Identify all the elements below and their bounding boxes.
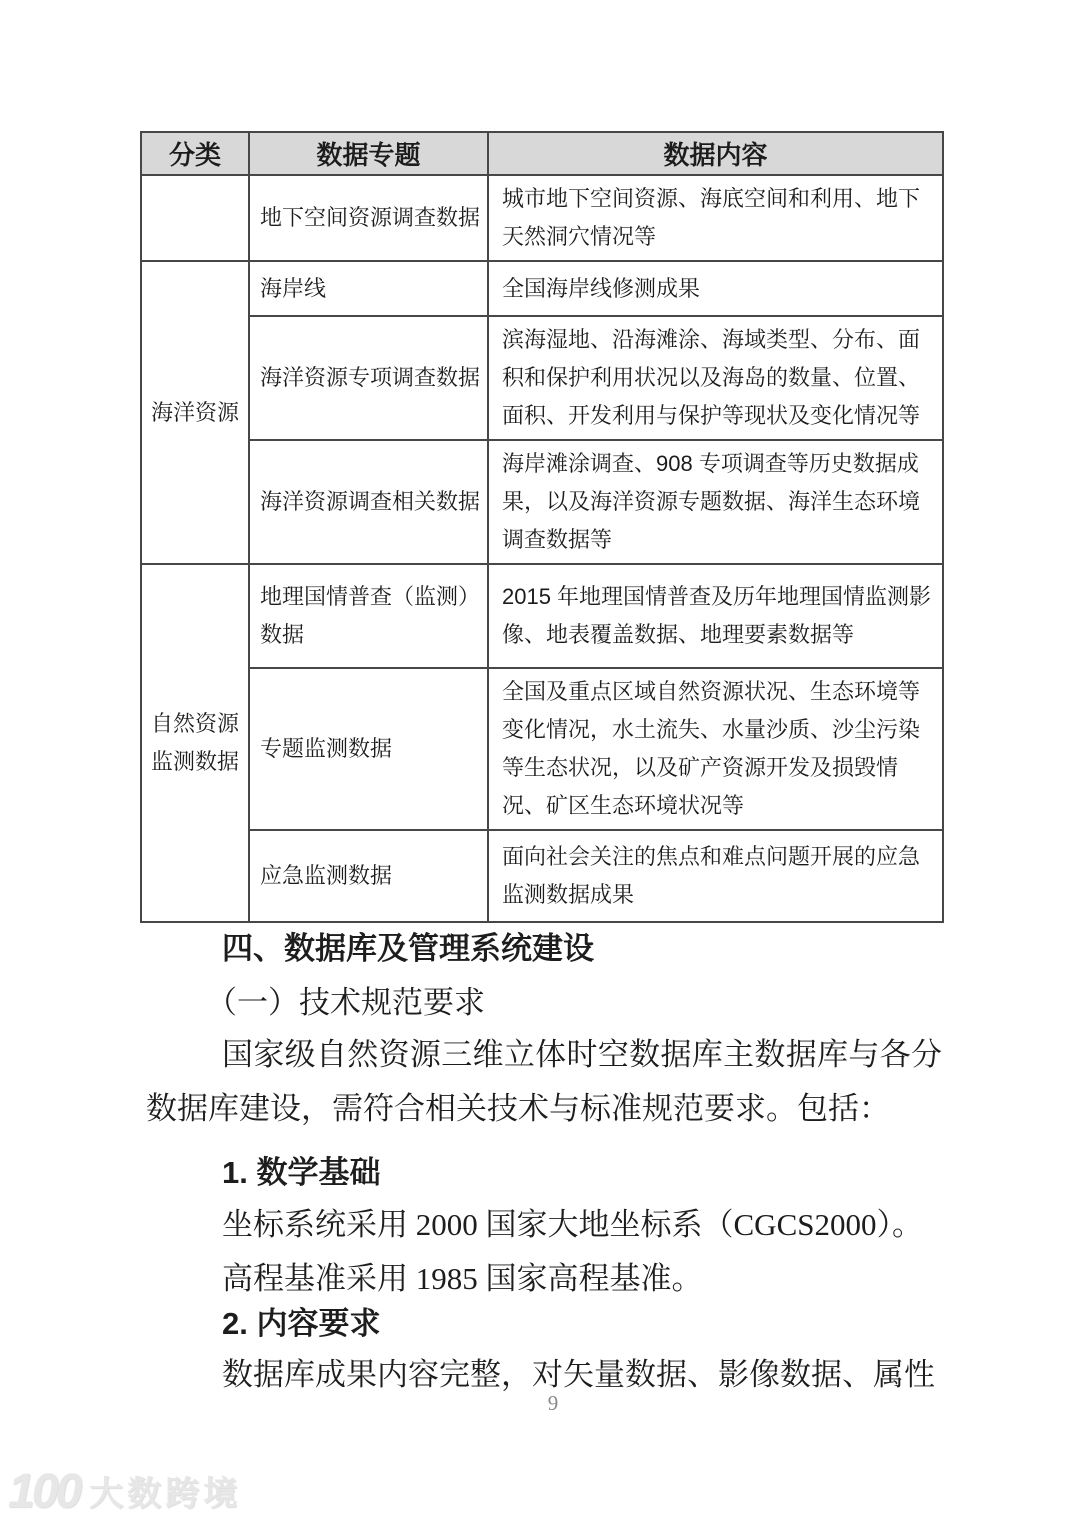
table-header-row: 分类 数据专题 数据内容 <box>141 132 943 175</box>
table-header-category: 分类 <box>141 132 249 175</box>
topic-cell: 专题监测数据 <box>249 668 488 830</box>
item1-heading: 1. 数学基础 <box>146 1146 942 1200</box>
content-cell: 城市地下空间资源、海底空间和利用、地下天然洞穴情况等 <box>488 175 943 261</box>
table-row: 自然资源监测数据地理国情普查（监测）数据2015 年地理国情普查及历年地理国情监… <box>141 564 943 668</box>
topic-cell: 海洋资源调查相关数据 <box>249 440 488 564</box>
content-cell: 2015 年地理国情普查及历年地理国情监测影像、地表覆盖数据、地理要素数据等 <box>488 564 943 668</box>
category-cell: 海洋资源 <box>141 261 249 564</box>
table-header-topic: 数据专题 <box>249 132 488 175</box>
topic-cell: 地理国情普查（监测）数据 <box>249 564 488 668</box>
paragraph-tech-spec: 国家级自然资源三维立体时空数据库主数据库与各分数据库建设，需符合相关技术与标准规… <box>146 1028 942 1136</box>
watermark: 100 大数跨境 <box>8 1470 241 1514</box>
table-row: 专题监测数据全国及重点区域自然资源状况、生态环境等变化情况，水土流失、水量沙质、… <box>141 668 943 830</box>
content-cell: 面向社会关注的焦点和难点问题开展的应急监测数据成果 <box>488 830 943 922</box>
category-cell: 自然资源监测数据 <box>141 564 249 922</box>
table-row: 海洋资源调查相关数据海岸滩涂调查、908 专项调查等历史数据成果，以及海洋资源专… <box>141 440 943 564</box>
content-cell: 滨海湿地、沿海滩涂、海域类型、分布、面积和保护利用状况以及海岛的数量、位置、面积… <box>488 316 943 440</box>
category-cell <box>141 175 249 261</box>
table-row: 应急监测数据面向社会关注的焦点和难点问题开展的应急监测数据成果 <box>141 830 943 922</box>
table-header-content: 数据内容 <box>488 132 943 175</box>
topic-cell: 海岸线 <box>249 261 488 316</box>
section-heading: 四、数据库及管理系统建设 <box>146 922 942 976</box>
content-cell: 海岸滩涂调查、908 专项调查等历史数据成果，以及海洋资源专题数据、海洋生态环境… <box>488 440 943 564</box>
topic-cell: 地下空间资源调查数据 <box>249 175 488 261</box>
item1-paragraph-coordinate: 坐标系统采用 2000 国家大地坐标系（CGCS2000）。 <box>146 1198 942 1252</box>
topic-cell: 海洋资源专项调查数据 <box>249 316 488 440</box>
content-cell: 全国及重点区域自然资源状况、生态环境等变化情况，水土流失、水量沙质、沙尘污染等生… <box>488 668 943 830</box>
table-row: 地下空间资源调查数据城市地下空间资源、海底空间和利用、地下天然洞穴情况等 <box>141 175 943 261</box>
page-number: 9 <box>0 1391 1080 1416</box>
subsection-heading: （一）技术规范要求 <box>146 976 942 1030</box>
item2-heading: 2. 内容要求 <box>146 1297 942 1351</box>
table-row: 海洋资源海岸线全国海岸线修测成果 <box>141 261 943 316</box>
document-page: 分类 数据专题 数据内容 地下空间资源调查数据城市地下空间资源、海底空间和利用、… <box>0 0 1080 1523</box>
topic-cell: 应急监测数据 <box>249 830 488 922</box>
table-row: 海洋资源专项调查数据滨海湿地、沿海滩涂、海域类型、分布、面积和保护利用状况以及海… <box>141 316 943 440</box>
watermark-text: 大数跨境 <box>89 1474 241 1514</box>
watermark-logo-icon: 100 <box>8 1470 79 1514</box>
data-table: 分类 数据专题 数据内容 地下空间资源调查数据城市地下空间资源、海底空间和利用、… <box>140 131 944 923</box>
content-cell: 全国海岸线修测成果 <box>488 261 943 316</box>
